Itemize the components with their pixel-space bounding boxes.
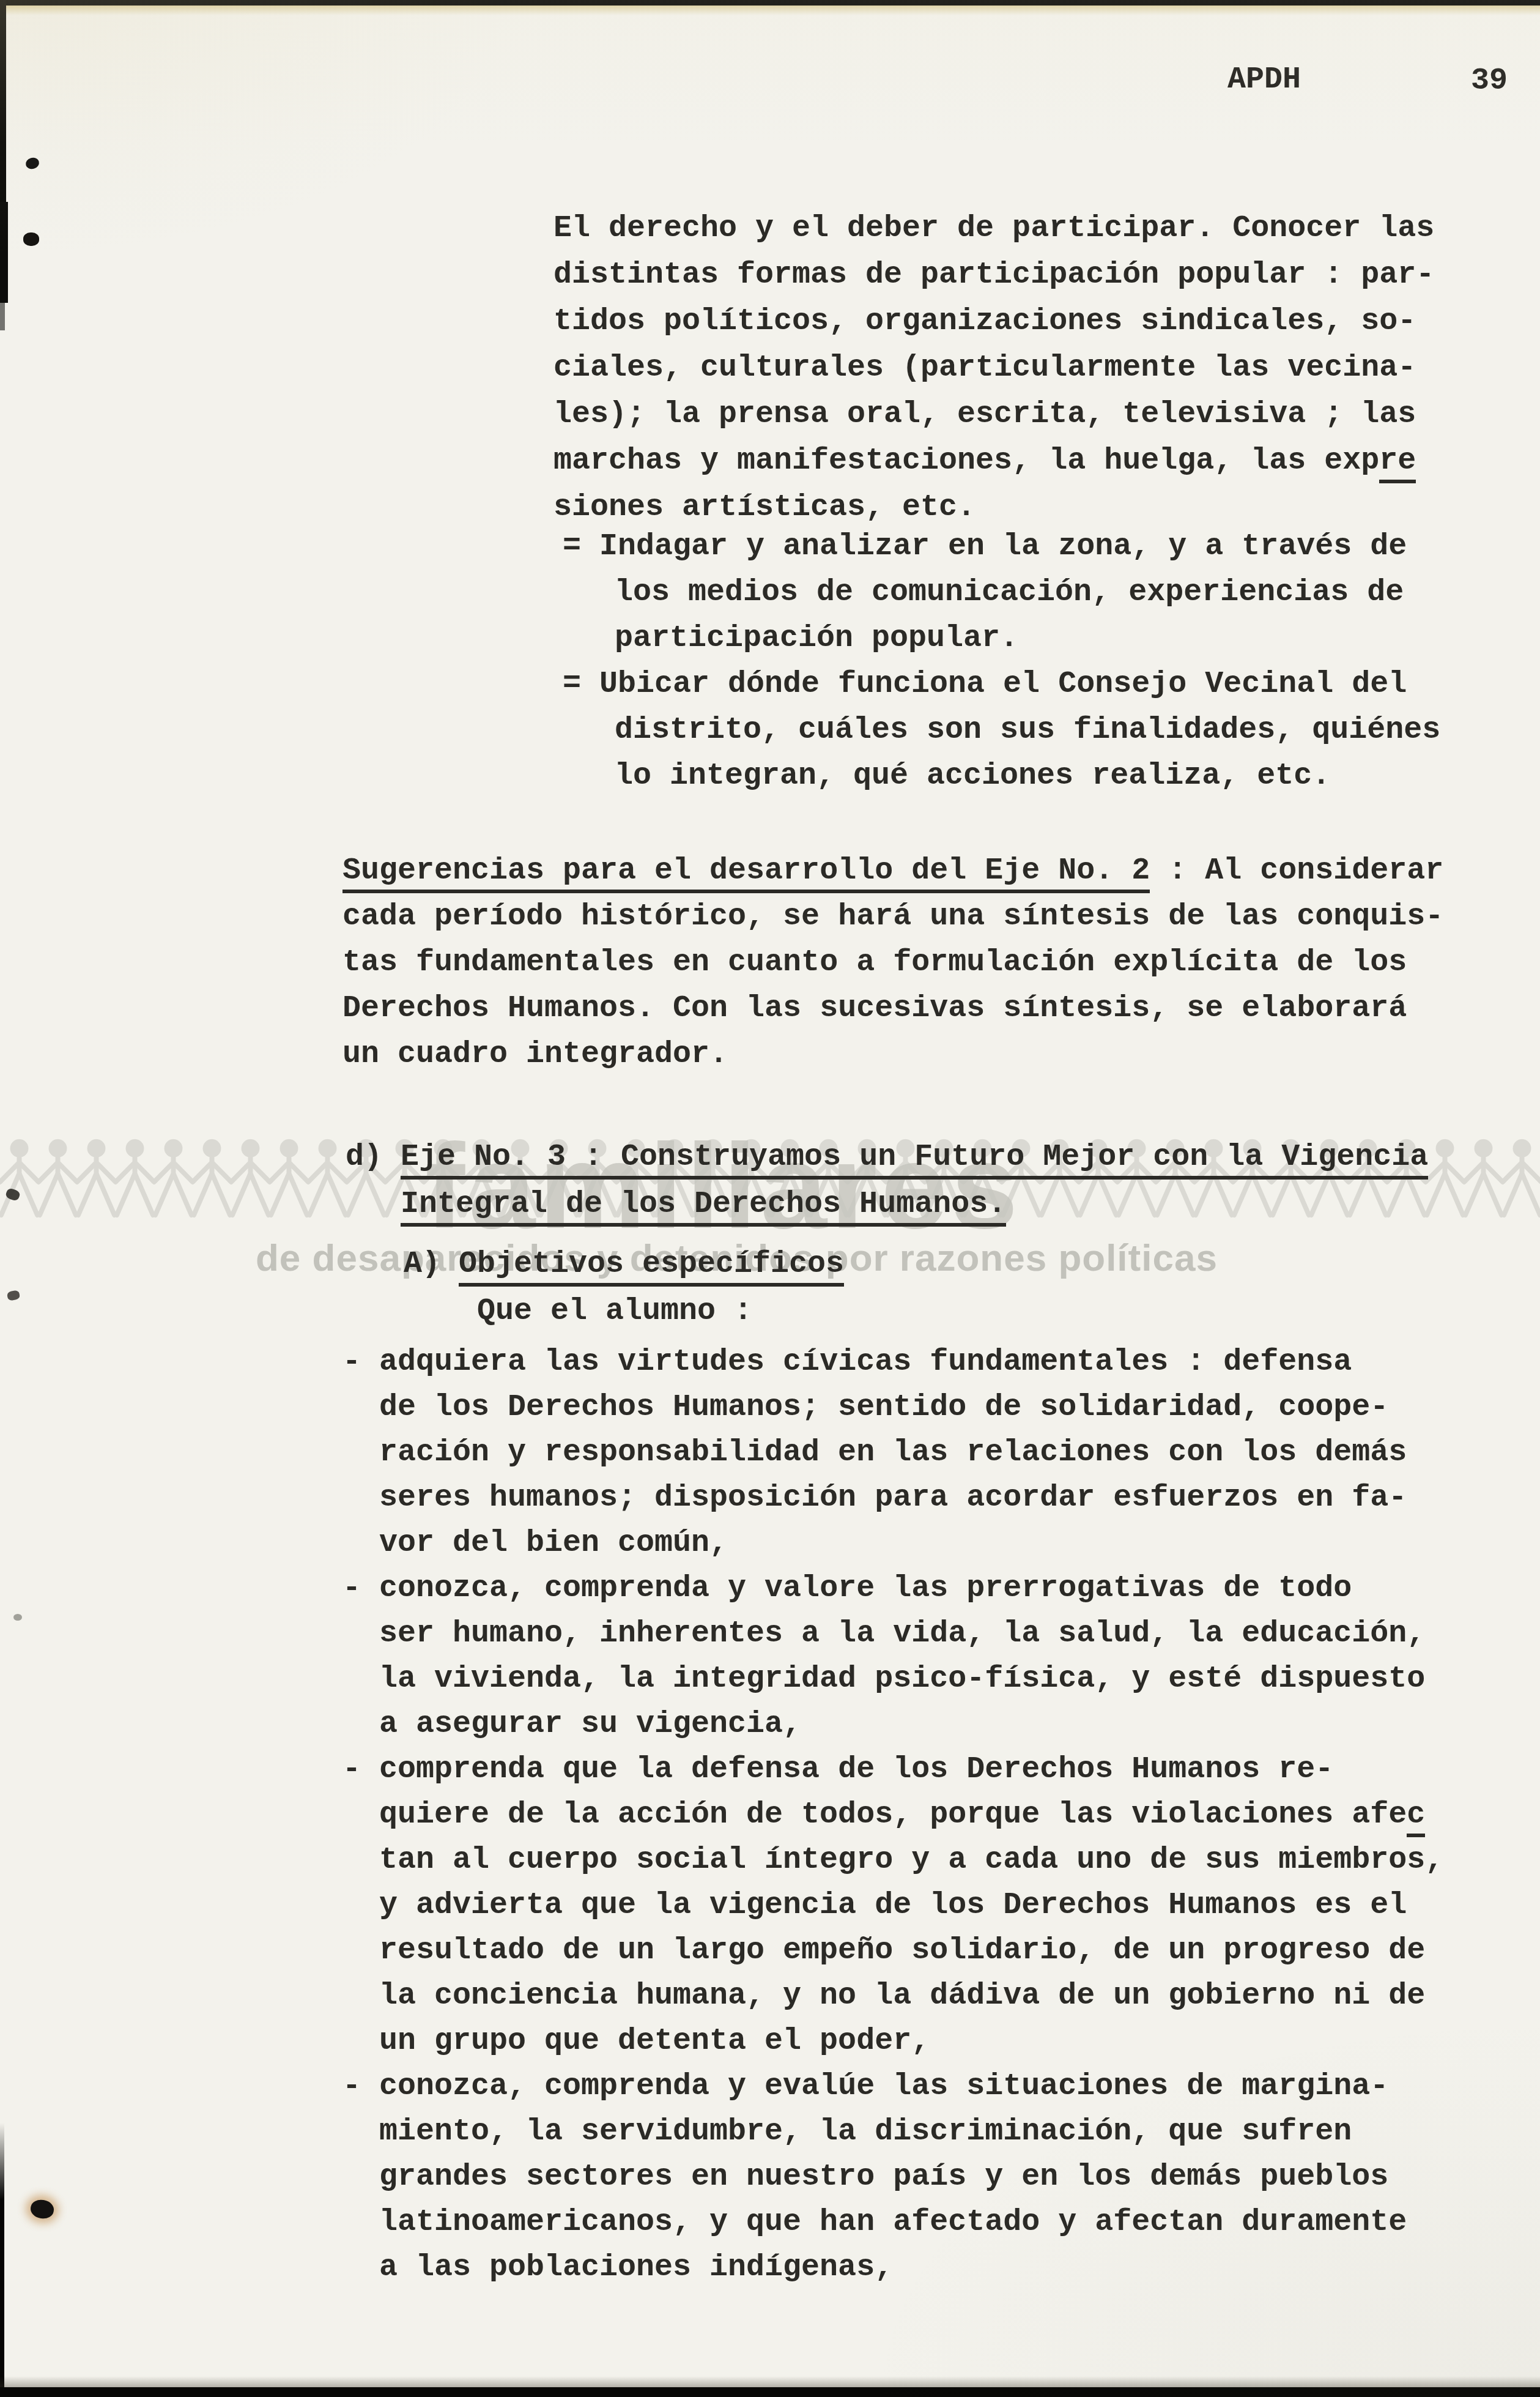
typewritten-line: a las poblaciones indígenas, — [379, 2250, 893, 2286]
ink-spot — [23, 232, 39, 246]
scanned-document-page: familiares de desaparecidos y detenidos … — [0, 0, 1540, 2397]
typewritten-line: = Ubicar dónde funciona el Consejo Vecin… — [563, 667, 1407, 702]
paper-edge-tint — [0, 6, 1540, 15]
typewritten-line: y advierta que la vigencia de los Derech… — [379, 1888, 1407, 1923]
typewritten-line: cada período histórico, se hará una sínt… — [342, 899, 1443, 935]
scan-shadow-bottom — [0, 2376, 1540, 2387]
typewritten-line: les); la prensa oral, escrita, televisiv… — [553, 397, 1416, 433]
page-number: 39 — [1471, 64, 1508, 99]
typewritten-line: la vivienda, la integridad psico-física,… — [379, 1662, 1425, 1697]
typewritten-line: ración y responsabilidad en las relacion… — [379, 1435, 1407, 1471]
typewritten-line: tas fundamentales en cuanto a formulació… — [342, 945, 1407, 981]
typewritten-line: - adquiera las virtudes cívicas fundamen… — [342, 1345, 1352, 1380]
typewritten-line: - conozca, comprenda y evalúe las situac… — [342, 2069, 1388, 2105]
typewritten-line: Integral de los Derechos Humanos. — [401, 1187, 1006, 1227]
typewritten-line: la conciencia humana, y no la dádiva de … — [379, 1979, 1425, 2014]
typewritten-line: ciales, culturales (particularmente las … — [553, 351, 1416, 386]
scan-edge-left-bottom — [0, 2123, 4, 2397]
ink-spot — [7, 1290, 20, 1301]
typewritten-line: - comprenda que la defensa de los Derech… — [342, 1752, 1333, 1788]
header-org-label: APDH — [1227, 62, 1301, 98]
typewritten-line: siones artísticas, etc. — [553, 490, 975, 526]
typewritten-line: El derecho y el deber de participar. Con… — [553, 211, 1434, 247]
typewritten-line: vor del bien común, — [379, 1526, 728, 1561]
typewritten-line: grandes sectores en nuestro país y en lo… — [379, 2160, 1388, 2195]
typewritten-line: distrito, cuáles son sus finalidades, qu… — [615, 713, 1440, 748]
typewritten-line: tan al cuerpo social íntegro y a cada un… — [379, 1843, 1443, 1878]
typewritten-line: resultado de un largo empeño solidario, … — [379, 1933, 1425, 1969]
typewritten-line: de los Derechos Humanos; sentido de soli… — [379, 1390, 1388, 1425]
punch-hole-burn-mark — [29, 2198, 56, 2220]
typewritten-line: A) Objetivos específicos — [404, 1247, 844, 1287]
typewritten-line: d) Eje No. 3 : Construyamos un Futuro Me… — [346, 1140, 1428, 1180]
scan-edge-left — [0, 202, 8, 303]
typewritten-line: un cuadro integrador. — [342, 1037, 728, 1072]
ink-spot — [24, 156, 40, 170]
typewritten-line: a asegurar su vigencia, — [379, 1707, 801, 1742]
scan-edge-top — [0, 0, 1540, 6]
typewritten-line: = Indagar y analizar en la zona, y a tra… — [563, 529, 1407, 565]
typewritten-line: distintas formas de participación popula… — [553, 258, 1434, 293]
typewritten-line: tidos políticos, organizaciones sindical… — [553, 304, 1416, 340]
typewritten-line: participación popular. — [615, 621, 1018, 656]
ink-spot — [13, 1614, 22, 1621]
typewritten-line: - conozca, comprenda y valore las prerro… — [342, 1571, 1352, 1607]
typewritten-line: los medios de comunicación, experiencias… — [615, 575, 1404, 611]
scan-edge-left — [0, 303, 5, 330]
typewritten-line: latinoamericanos, y que han afectado y a… — [379, 2205, 1407, 2240]
typewritten-line: Derechos Humanos. Con las sucesivas sínt… — [342, 991, 1407, 1027]
typewritten-line: Sugerencias para el desarrollo del Eje N… — [342, 853, 1443, 893]
typewritten-line: miento, la servidumbre, la discriminació… — [379, 2114, 1352, 2150]
typewritten-line: ser humano, inherentes a la vida, la sal… — [379, 1616, 1425, 1652]
typewritten-line: Que el alumno : — [477, 1294, 752, 1329]
typewritten-line: seres humanos; disposición para acordar … — [379, 1481, 1407, 1516]
typewritten-line: un grupo que detenta el poder, — [379, 2024, 930, 2059]
scan-edge-left — [0, 0, 6, 202]
typewritten-line: lo integran, qué acciones realiza, etc. — [615, 759, 1330, 794]
scan-edge-bottom — [0, 2387, 1540, 2397]
typewritten-line: marchas y manifestaciones, la huelga, la… — [553, 444, 1416, 483]
typewritten-line: quiere de la acción de todos, porque las… — [379, 1797, 1425, 1837]
